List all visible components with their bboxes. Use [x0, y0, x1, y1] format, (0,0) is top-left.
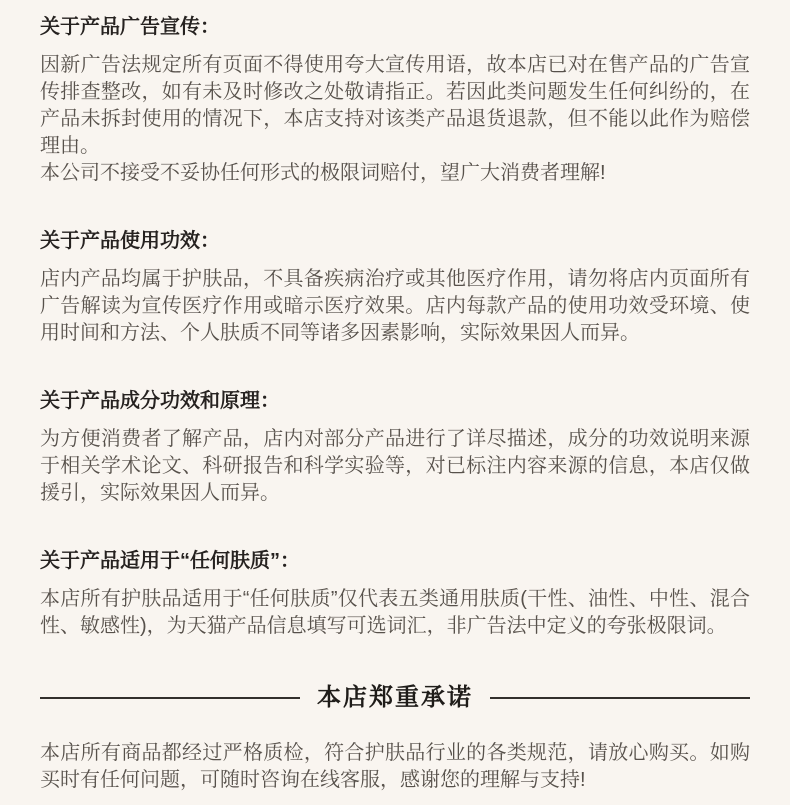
section-ingredients: 关于产品成分功效和原理： 为方便消费者了解产品，店内对部分产品进行了详尽描述，成…: [40, 388, 750, 507]
divider-line-right: [490, 697, 750, 699]
promise-text: 本店所有商品都经过严格质检，符合护肤品行业的各类规范，请放心购买。如购买时有任何…: [40, 740, 750, 794]
promise-title: 本店郑重承诺: [317, 681, 473, 714]
section-ingredients-paragraph: 为方便消费者了解产品，店内对部分产品进行了详尽描述，成分的功效说明来源于相关学术…: [40, 426, 750, 507]
section-advertising-paragraph-2: 本公司不接受不妥协任何形式的极限词赔付，望广大消费者理解!: [40, 160, 750, 187]
promise-divider: 本店郑重承诺: [40, 681, 750, 714]
section-advertising: 关于产品广告宣传： 因新广告法规定所有页面不得使用夸大宣传用语，故本店已对在售产…: [40, 14, 750, 187]
section-advertising-heading: 关于产品广告宣传：: [40, 14, 750, 41]
section-usage-effects-paragraph: 店内产品均属于护肤品，不具备疾病治疗或其他医疗作用，请勿将店内页面所有广告解读为…: [40, 266, 750, 347]
section-ingredients-heading: 关于产品成分功效和原理：: [40, 388, 750, 415]
divider-line-left: [40, 697, 300, 699]
section-usage-effects: 关于产品使用功效： 店内产品均属于护肤品，不具备疾病治疗或其他医疗作用，请勿将店…: [40, 228, 750, 347]
section-skin-type-heading: 关于产品适用于“任何肤质”：: [40, 548, 750, 575]
section-skin-type-paragraph: 本店所有护肤品适用于“任何肤质”仅代表五类通用肤质(干性、油性、中性、混合性、敏…: [40, 586, 750, 640]
disclaimer-page: 关于产品广告宣传： 因新广告法规定所有页面不得使用夸大宣传用语，故本店已对在售产…: [0, 0, 790, 805]
section-skin-type: 关于产品适用于“任何肤质”： 本店所有护肤品适用于“任何肤质”仅代表五类通用肤质…: [40, 548, 750, 640]
section-advertising-paragraph-1: 因新广告法规定所有页面不得使用夸大宣传用语，故本店已对在售产品的广告宣传排查整改…: [40, 52, 750, 160]
section-usage-effects-heading: 关于产品使用功效：: [40, 228, 750, 255]
